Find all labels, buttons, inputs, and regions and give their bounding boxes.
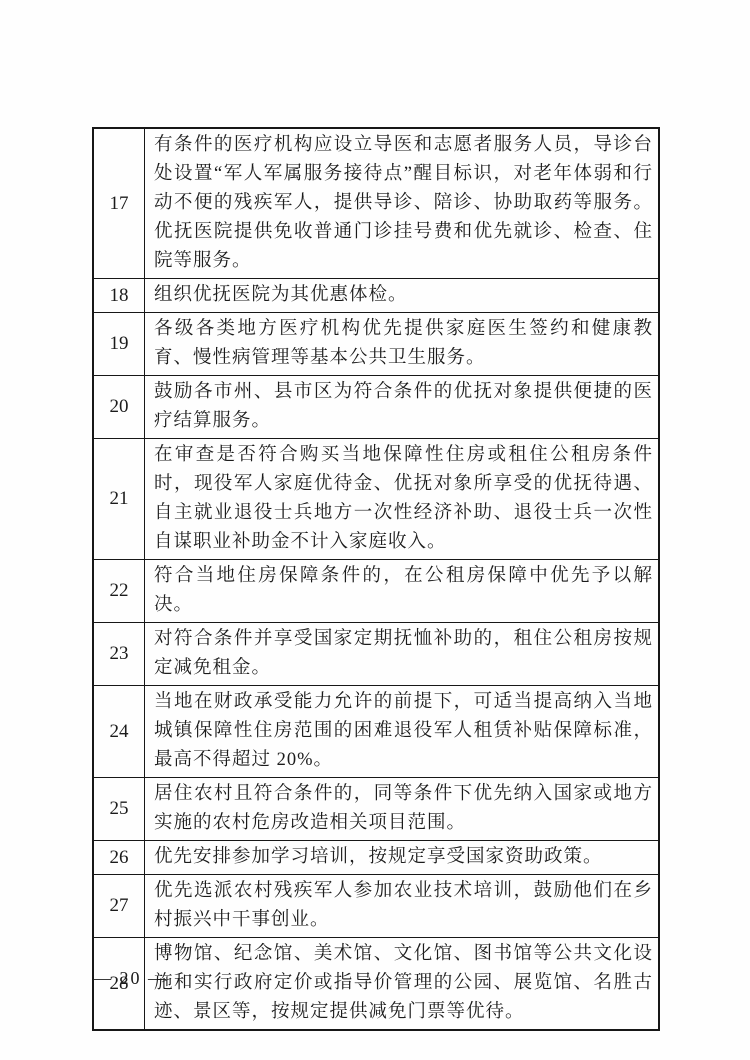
table-row: 22 符合当地住房保障条件的，在公租房保障中优先予以解决。: [93, 560, 659, 623]
row-number: 18: [93, 279, 145, 313]
row-number: 25: [93, 778, 145, 841]
row-text: 鼓励各市州、县市区为符合条件的优抚对象提供便捷的医疗结算服务。: [145, 376, 660, 439]
policy-items-table: 17 有条件的医疗机构应设立导医和志愿者服务人员，导诊台处设置“军人军属服务接待…: [92, 127, 660, 1031]
row-number: 24: [93, 686, 145, 778]
row-text: 在审查是否符合购买当地保障性住房或租住公租房条件时，现役军人家庭优待金、优抚对象…: [145, 439, 660, 560]
row-text: 居住农村且符合条件的，同等条件下优先纳入国家或地方实施的农村危房改造相关项目范围…: [145, 778, 660, 841]
table-row: 20 鼓励各市州、县市区为符合条件的优抚对象提供便捷的医疗结算服务。: [93, 376, 659, 439]
row-number: 26: [93, 841, 145, 875]
table-row: 24 当地在财政承受能力允许的前提下，可适当提高纳入当地城镇保障性住房范围的困难…: [93, 686, 659, 778]
row-text: 优先选派农村残疾军人参加农业技术培训，鼓励他们在乡村振兴中干事创业。: [145, 875, 660, 938]
table-row: 27 优先选派农村残疾军人参加农业技术培训，鼓励他们在乡村振兴中干事创业。: [93, 875, 659, 938]
row-number: 17: [93, 128, 145, 279]
row-text: 对符合条件并享受国家定期抚恤补助的，租住公租房按规定减免租金。: [145, 623, 660, 686]
row-number: 23: [93, 623, 145, 686]
row-text: 各级各类地方医疗机构优先提供家庭医生签约和健康教育、慢性病管理等基本公共卫生服务…: [145, 313, 660, 376]
row-number: 27: [93, 875, 145, 938]
row-text: 组织优抚医院为其优惠体检。: [145, 279, 660, 313]
table-row: 21 在审查是否符合购买当地保障性住房或租住公租房条件时，现役军人家庭优待金、优…: [93, 439, 659, 560]
row-text: 有条件的医疗机构应设立导医和志愿者服务人员，导诊台处设置“军人军属服务接待点”醒…: [145, 128, 660, 279]
table-row: 18 组织优抚医院为其优惠体检。: [93, 279, 659, 313]
row-number: 21: [93, 439, 145, 560]
row-number: 22: [93, 560, 145, 623]
row-text: 符合当地住房保障条件的，在公租房保障中优先予以解决。: [145, 560, 660, 623]
table-row: 26 优先安排参加学习培训，按规定享受国家资助政策。: [93, 841, 659, 875]
row-number: 19: [93, 313, 145, 376]
row-number: 20: [93, 376, 145, 439]
table-row: 19 各级各类地方医疗机构优先提供家庭医生签约和健康教育、慢性病管理等基本公共卫…: [93, 313, 659, 376]
table-row: 23 对符合条件并享受国家定期抚恤补助的，租住公租房按规定减免租金。: [93, 623, 659, 686]
document-page: 17 有条件的医疗机构应设立导医和志愿者服务人员，导诊台处设置“军人军属服务接待…: [0, 0, 750, 1060]
table-row: 17 有条件的医疗机构应设立导医和志愿者服务人员，导诊台处设置“军人军属服务接待…: [93, 128, 659, 279]
table-row: 25 居住农村且符合条件的，同等条件下优先纳入国家或地方实施的农村危房改造相关项…: [93, 778, 659, 841]
row-text: 博物馆、纪念馆、美术馆、文化馆、图书馆等公共文化设施和实行政府定价或指导价管理的…: [145, 938, 660, 1031]
row-text: 优先安排参加学习培训，按规定享受国家资助政策。: [145, 841, 660, 875]
row-text: 当地在财政承受能力允许的前提下，可适当提高纳入当地城镇保障性住房范围的困难退役军…: [145, 686, 660, 778]
page-number: — 20 —: [93, 968, 168, 989]
table-row: 28 博物馆、纪念馆、美术馆、文化馆、图书馆等公共文化设施和实行政府定价或指导价…: [93, 938, 659, 1031]
